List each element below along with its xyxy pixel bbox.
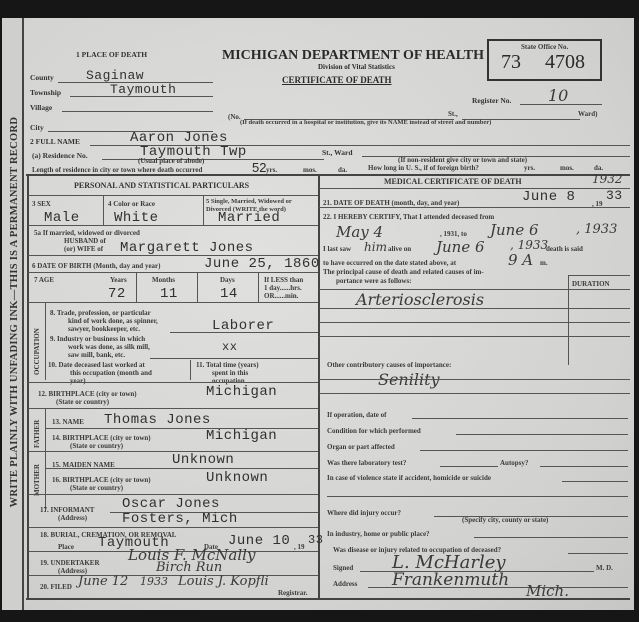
days-label: Days <box>220 276 235 284</box>
spouse-label-3: (or) WIFE of <box>64 245 103 253</box>
filed-year: 1933 <box>140 575 168 588</box>
m-label: m. <box>540 259 548 267</box>
certify-label: 22. I HEREBY CERTIFY, That I attended de… <box>323 213 494 221</box>
register-value: 10 <box>548 86 568 105</box>
date-of-death-year: 33 <box>606 188 623 203</box>
address-label: Address <box>333 580 357 588</box>
state-office-box: State Office No. 73 4708 <box>487 39 602 81</box>
operation-label: If operation, date of <box>327 411 387 419</box>
undertaker-address-value: Birch Run <box>156 560 222 575</box>
industry-home-label: In industry, home or public place? <box>327 530 430 538</box>
certificate-title: CERTIFICATE OF DEATH <box>282 75 392 85</box>
spouse-label-1: 5a If married, widowed or divorced <box>34 229 140 237</box>
undertaker-label: 19. UNDERTAKER <box>40 559 100 567</box>
attended-from-date: May 4 <box>336 223 383 241</box>
dob-label: 6 DATE OF BIRTH (Month, day and year) <box>32 262 161 270</box>
days-value: 14 <box>220 286 238 302</box>
length-years-value: 52 <box>252 160 266 175</box>
burial-year-value: 33 <box>308 533 323 547</box>
place-of-death-heading: 1 PLACE OF DEATH <box>76 50 147 59</box>
mother-vertical-label: MOTHER <box>33 464 41 496</box>
date-of-death-value: June 8 <box>522 189 575 205</box>
hospital-note: (If death occurred in a hospital or inst… <box>240 119 491 126</box>
register-label: Register No. <box>472 96 511 105</box>
autopsy-label: Autopsy? <box>500 459 528 467</box>
trade-value: Laborer <box>212 318 274 334</box>
last-saw-label: I last saw <box>323 245 351 253</box>
township-label: Township <box>30 88 61 97</box>
birthplace-value: Michigan <box>206 384 277 400</box>
filed-label: 20. FILED <box>40 583 72 591</box>
father-birthplace-label-2: (State or country) <box>70 442 123 450</box>
division-label: Division of Vital Statistics <box>318 63 395 71</box>
father-name-value: Thomas Jones <box>104 412 211 428</box>
years-label: Years <box>110 276 127 284</box>
lab-test-label: Was there laboratory test? <box>327 459 406 467</box>
months-value: 11 <box>160 286 178 302</box>
injury-location-label: Where did injury occur? <box>327 509 401 517</box>
residence-label: (a) Residence No. <box>32 151 88 160</box>
state-office-prefix: 73 <box>501 51 521 74</box>
years-value: 72 <box>108 286 126 302</box>
physician-address: Frankenmuth <box>392 570 509 590</box>
age-label: 7 AGE <box>34 276 54 284</box>
mos-label: mos. <box>303 166 317 174</box>
informant-address-label: (Address) <box>58 514 87 522</box>
burial-year-prefix: , 19 <box>294 543 305 551</box>
industry-label-1: 9. Industry or business in which <box>50 335 145 343</box>
time-of-death: 9 A <box>508 251 533 269</box>
less-label-1: If LESS than <box>264 276 303 284</box>
signed-label: Signed <box>333 564 353 572</box>
informant-address-value: Fosters, Mich <box>122 511 238 527</box>
yrs-label: yrs. <box>266 166 277 174</box>
department-title: MICHIGAN DEPARTMENT OF HEALTH <box>222 48 484 64</box>
spouse-label-2: HUSBAND of <box>64 237 106 245</box>
last-worked-label-3: year) <box>70 377 86 385</box>
last-worked-label-2: this occupation (month and <box>70 369 152 377</box>
contributory-label: Other contributory causes of importance: <box>327 361 451 369</box>
st-label: St., <box>448 110 458 118</box>
mother-name-value: Unknown <box>172 452 234 468</box>
side-banner: WRITE PLAINLY WITH UNFADING INK—THIS IS … <box>2 18 24 610</box>
county-value: Saginaw <box>86 68 144 83</box>
mother-birthplace-label-2: (State or country) <box>70 484 123 492</box>
less-label-2: 1 day......hrs. <box>264 284 302 292</box>
registrar-label: Registrar. <box>278 589 307 597</box>
sex-label: 3 SEX <box>32 200 51 208</box>
md-label: M. D. <box>596 564 613 572</box>
trade-label-3: sawyer, bookkeeper, etc. <box>68 325 140 333</box>
occupation-vertical-label: OCCUPATION <box>33 328 41 375</box>
township-value: Taymouth <box>110 82 176 97</box>
last-saw-value: him <box>364 240 387 254</box>
violence-label: In case of violence state if accident, h… <box>327 474 491 482</box>
cause-label-1: The principal cause of death and related… <box>323 268 484 276</box>
attended-to-year: , 1933 <box>576 222 617 237</box>
total-time-label-1: 11. Total time (years) <box>196 361 259 369</box>
specify-label: (Specify city, county or state) <box>462 516 548 524</box>
alive-on-year: , 1933 <box>510 238 548 252</box>
death-said-label: death is said <box>546 245 583 253</box>
trade-label-1: 8. Trade, profession, or particular <box>50 309 151 317</box>
state-office-number: 4708 <box>545 51 585 74</box>
st-ward-label: St., Ward <box>322 148 353 157</box>
cause-label-2: portance were as follows: <box>336 277 412 285</box>
attended-from-year: , 1931, to <box>440 230 467 238</box>
informant-value: Oscar Jones <box>122 496 220 512</box>
us-da-label: da. <box>594 164 603 172</box>
informant-label: 17. INFORMANT <box>40 506 94 514</box>
city-label: City <box>30 123 44 132</box>
registrar-signature: Louis J. Kopfli <box>178 574 269 589</box>
industry-label-2: work was done, as silk mill, <box>68 343 150 351</box>
alive-on-label: alive on <box>388 245 411 253</box>
da-label: da. <box>338 166 347 174</box>
physician-address-state: Mich. <box>526 582 569 600</box>
principal-cause: Arteriosclerosis <box>356 290 484 309</box>
industry-value: xx <box>222 340 237 354</box>
father-birthplace-value: Michigan <box>206 428 277 444</box>
foreign-birth-label: How long in U. S., if of foreign birth? <box>368 164 479 172</box>
father-birthplace-label-1: 14. BIRTHPLACE (city or town) <box>52 434 151 442</box>
county-label: County <box>30 73 54 82</box>
last-worked-label-1: 10. Date deceased last worked at <box>48 361 145 369</box>
filed-date: June 12 <box>78 574 128 589</box>
medical-heading: MEDICAL CERTIFICATE OF DEATH <box>384 177 522 186</box>
side-banner-text: WRITE PLAINLY WITH UNFADING INK—THIS IS … <box>4 16 26 608</box>
personal-heading: PERSONAL AND STATISTICAL PARTICULARS <box>74 181 249 190</box>
village-label: Village <box>30 103 52 112</box>
us-mos-label: mos. <box>560 164 574 172</box>
state-office-label: State Office No. <box>521 43 568 51</box>
nonresident-note: (If non-resident give city or town and s… <box>398 156 527 164</box>
full-name-label: 2 FULL NAME <box>30 137 80 146</box>
length-residence-label: Length of residence in city or town wher… <box>32 166 202 174</box>
months-label: Months <box>152 276 175 284</box>
sex-value: Male <box>44 210 80 226</box>
industry-label-3: saw mill, bank, etc. <box>68 351 125 359</box>
burial-place-label: Place <box>58 543 74 551</box>
mother-birthplace-value: Unknown <box>206 470 268 486</box>
birthplace-label-1: 12. BIRTHPLACE (city or town) <box>38 390 137 398</box>
mother-birthplace-label-1: 16. BIRTHPLACE (city or town) <box>52 476 151 484</box>
margin-year-note: 1932 <box>592 172 623 186</box>
us-yrs-label: yrs. <box>524 164 535 172</box>
organ-label: Organ or part affected <box>327 443 395 451</box>
ward-label: Ward) <box>578 110 597 118</box>
race-label: 4 Color or Race <box>108 200 155 208</box>
total-time-label-2: spent in this <box>212 369 248 377</box>
spouse-value: Margarett Jones <box>120 240 254 256</box>
attended-to-date: June 6 <box>490 221 539 239</box>
father-vertical-label: FATHER <box>33 420 41 448</box>
less-label-3: OR......min. <box>264 292 298 300</box>
trade-label-2: kind of work done, as spinner, <box>68 317 158 325</box>
condition-label: Condition for which performed <box>327 427 421 435</box>
occurred-label: to have occurred on the date stated abov… <box>323 259 456 267</box>
date-of-death-label: 21. DATE OF DEATH (month, day, and year) <box>323 199 459 207</box>
marital-value: Married <box>218 210 280 226</box>
father-name-label: 13. NAME <box>52 418 84 426</box>
street-no-label: (No. <box>228 113 241 121</box>
duration-label: DURATION <box>572 280 610 288</box>
dob-value: June 25, 1860 <box>204 256 320 272</box>
birthplace-label-2: (State or country) <box>56 398 109 406</box>
alive-on-value: June 6 <box>436 238 485 256</box>
race-value: White <box>114 210 159 226</box>
residence-note: (Usual place of abode) <box>138 157 204 165</box>
